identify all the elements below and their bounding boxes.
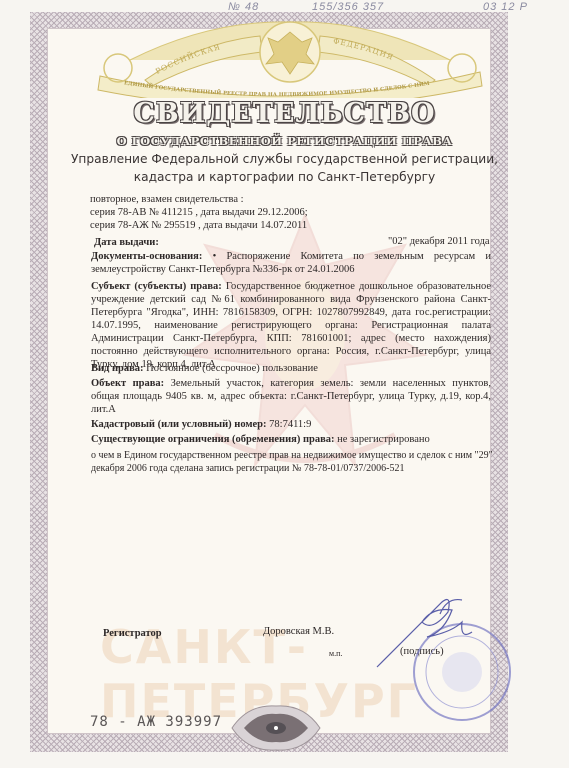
encumbrances-label: Существующие ограничения (обременения) п… <box>91 434 335 445</box>
rights-holder-label: Субъект (субъекты) права: <box>91 281 222 292</box>
rights-holder-value: Государственное бюджетное дошкольное обр… <box>91 281 491 370</box>
basis-documents-label: Документы-основания: <box>91 251 202 262</box>
property-object-label: Объект права: <box>91 378 164 389</box>
basis-documents: Документы-основания: • Распоряжение Коми… <box>91 250 491 276</box>
right-type-value: Постоянное (бессрочное) пользование <box>146 363 318 374</box>
replacement-block: повторное, взамен свидетельства : серия … <box>90 193 308 232</box>
issue-date-value: "02" декабря 2011 года <box>388 235 490 248</box>
authority-line-2: кадастра и картографии по Санкт-Петербур… <box>0 168 569 186</box>
replacement-line-2: серия 78-АЖ № 295519 , дата выдачи 14.07… <box>90 219 308 232</box>
rights-holder: Субъект (субъекты) права: Государственно… <box>91 280 491 371</box>
registrar-label: Регистратор <box>103 627 162 640</box>
handwritten-signature <box>372 592 482 672</box>
cadastral-number: Кадастровый (или условный) номер: 78:741… <box>91 418 491 431</box>
authority-line-1: Управление Федеральной службы государств… <box>0 150 569 168</box>
encumbrances: Существующие ограничения (обременения) п… <box>91 433 511 446</box>
right-type: Вид права: Постоянное (бессрочное) польз… <box>91 362 491 375</box>
cadastral-number-label: Кадастровый (или условный) номер: <box>91 419 267 430</box>
cadastral-number-value: 78:7411:9 <box>269 419 311 430</box>
registry-note: о чем в Едином государственном реестре п… <box>91 449 496 475</box>
certificate-title: СВИДЕТЕЛЬСТВО <box>0 98 569 129</box>
replacement-intro: повторное, взамен свидетельства : <box>90 193 308 206</box>
issue-date-label: Дата выдачи: <box>94 236 159 249</box>
registrar-name: Доровская М.В. <box>263 625 334 638</box>
form-serial-number: 78 - АЖ 393997 <box>90 714 222 730</box>
issuing-authority: Управление Федеральной службы государств… <box>0 150 569 186</box>
certificate-subtitle: О ГОСУДАРСТВЕННОЙ РЕГИСТРАЦИИ ПРАВА <box>0 134 569 148</box>
replacement-line-1: серия 78-АВ № 411215 , дата выдачи 29.12… <box>90 206 308 219</box>
property-object: Объект права: Земельный участок, категор… <box>91 377 491 416</box>
right-type-label: Вид права: <box>91 363 144 374</box>
guilloche-rosette <box>228 700 324 756</box>
seal-label: м.п. <box>329 647 342 660</box>
encumbrances-value: не зарегистрировано <box>337 434 430 445</box>
coat-of-arms-emblem: РОССИЙСКАЯ ФЕДЕРАЦИЯ ЕДИНЫЙ ГОСУДАРСТВЕН… <box>90 20 490 98</box>
